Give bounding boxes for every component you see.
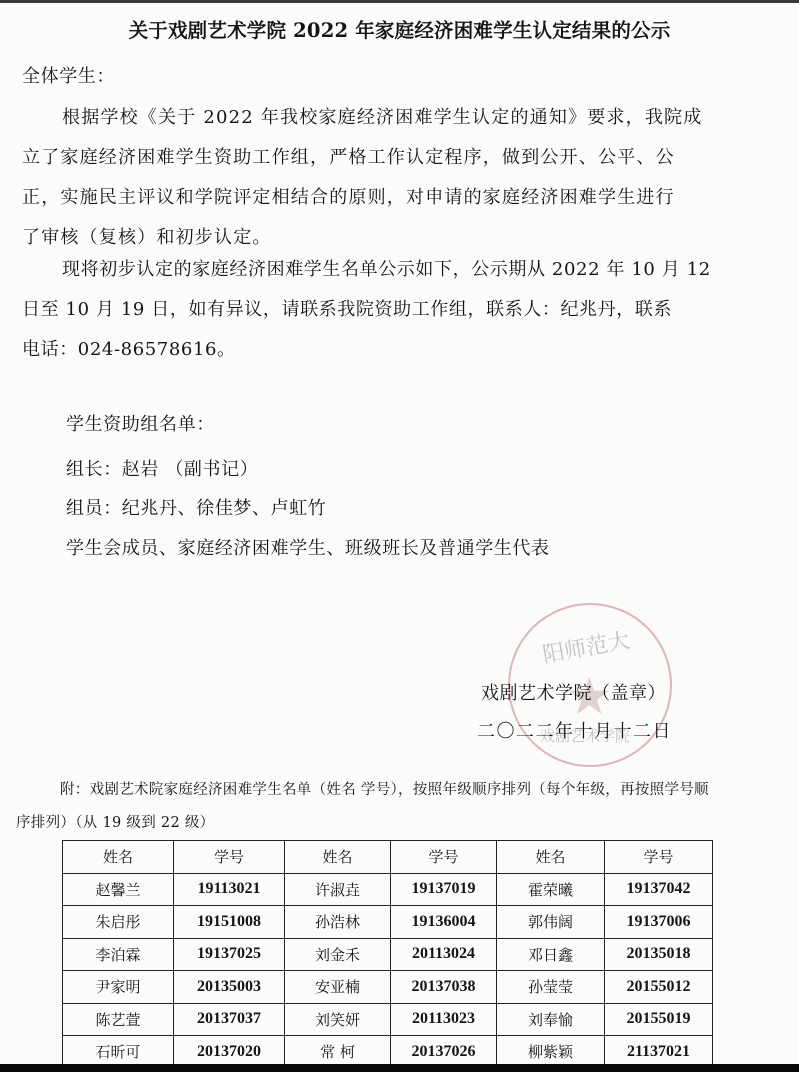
student-id: 20155019 xyxy=(605,1003,713,1036)
student-id: 19137006 xyxy=(605,906,713,939)
column-header-name: 姓名 xyxy=(285,841,391,874)
student-name: 霍荣曦 xyxy=(497,873,605,906)
student-id: 20137038 xyxy=(391,971,497,1004)
student-name: 郭伟阔 xyxy=(497,906,605,939)
student-name: 朱启彤 xyxy=(63,906,174,939)
column-header-id: 学号 xyxy=(605,841,713,874)
appendix-note-line: 序排列）（从 19 级到 22 级） xyxy=(16,807,786,840)
group-others: 学生会成员、家庭经济困难学生、班级班长及普通学生代表 xyxy=(66,534,550,560)
student-name: 尹家明 xyxy=(63,971,174,1004)
salutation: 全体学生： xyxy=(22,62,115,88)
table-row: 尹家明 20135003 安亚楠 20137038 孙莹莹 20155012 xyxy=(63,971,713,1004)
student-id: 20113023 xyxy=(391,1003,497,1036)
paragraph-1: 根据学校《关于 2022 年我校家庭经济困难学生认定的通知》要求，我院成 立了家… xyxy=(22,98,782,258)
paragraph-1-line: 立了家庭经济困难学生资助工作组，严格工作认定程序，做到公开、公平、公 xyxy=(22,138,782,178)
student-name: 赵馨兰 xyxy=(63,873,174,906)
column-header-id: 学号 xyxy=(174,841,285,874)
student-id: 19137019 xyxy=(391,873,497,906)
paragraph-2-line: 电话：024-86578616。 xyxy=(22,330,782,370)
paragraph-2-line: 日至 10 月 19 日，如有异议，请联系我院资助工作组，联系人：纪兆丹，联系 xyxy=(22,290,782,330)
table-row: 李泊霖 19137025 刘金禾 20113024 邓日鑫 20135018 xyxy=(63,938,713,971)
student-id: 19137025 xyxy=(174,938,285,971)
student-id: 20113024 xyxy=(391,938,497,971)
student-id: 20135003 xyxy=(174,971,285,1004)
student-id: 20135018 xyxy=(605,938,713,971)
student-name: 孙莹莹 xyxy=(497,971,605,1004)
table-row: 陈艺萱 20137037 刘笑妍 20113023 刘奉愉 20155019 xyxy=(63,1003,713,1036)
student-name: 安亚楠 xyxy=(285,971,391,1004)
paragraph-2: 现将初步认定的家庭经济困难学生名单公示如下，公示期从 2022 年 10 月 1… xyxy=(22,250,782,370)
document-title: 关于戏剧艺术学院 2022 年家庭经济困难学生认定结果的公示 xyxy=(0,15,799,43)
group-members: 组员：纪兆丹、徐佳梦、卢虹竹 xyxy=(66,494,326,520)
student-id: 19136004 xyxy=(391,906,497,939)
paragraph-1-line: 根据学校《关于 2022 年我校家庭经济困难学生认定的通知》要求，我院成 xyxy=(22,98,782,138)
paragraph-1-line: 正，实施民主评议和学院评定相结合的原则，对申请的家庭经济困难学生进行 xyxy=(22,178,782,218)
group-heading: 学生资助组名单： xyxy=(66,410,215,436)
table-row: 赵馨兰 19113021 许淑垚 19137019 霍荣曦 19137042 xyxy=(63,873,713,906)
student-name: 邓日鑫 xyxy=(497,938,605,971)
scan-top-edge xyxy=(0,0,799,3)
table-header-row: 姓名 学号 姓名 学号 姓名 学号 xyxy=(63,841,713,874)
student-id: 20137037 xyxy=(174,1003,285,1036)
student-name: 李泊霖 xyxy=(63,938,174,971)
group-leader: 组长：赵岩 （副书记） xyxy=(66,455,258,481)
seal-arc-text: 阳师范大 xyxy=(540,624,632,670)
student-id: 19137042 xyxy=(605,873,713,906)
paragraph-2-line: 现将初步认定的家庭经济困难学生名单公示如下，公示期从 2022 年 10 月 1… xyxy=(22,250,782,290)
signature-org: 戏剧艺术学院（盖章） xyxy=(481,679,666,705)
student-list-table: 姓名 学号 姓名 学号 姓名 学号 赵馨兰 19113021 许淑垚 19137… xyxy=(62,840,713,1069)
table-row: 朱启彤 19151008 孙浩林 19136004 郭伟阔 19137006 xyxy=(63,906,713,939)
column-header-name: 姓名 xyxy=(497,841,605,874)
student-name: 刘奉愉 xyxy=(497,1003,605,1036)
appendix-note-line: 附：戏剧艺术院家庭经济困难学生名单（姓名 学号），按照年级顺序排列（每个年级，再… xyxy=(16,774,786,807)
signature-date: 二〇二二年十月十二日 xyxy=(477,717,672,743)
student-id: 20155012 xyxy=(605,971,713,1004)
appendix-note: 附：戏剧艺术院家庭经济困难学生名单（姓名 学号），按照年级顺序排列（每个年级，再… xyxy=(16,774,786,840)
student-name: 刘金禾 xyxy=(285,938,391,971)
student-name: 孙浩林 xyxy=(285,906,391,939)
scan-bottom-edge xyxy=(0,1064,799,1072)
student-id: 19151008 xyxy=(174,906,285,939)
student-name: 陈艺萱 xyxy=(63,1003,174,1036)
column-header-id: 学号 xyxy=(391,841,497,874)
student-name: 许淑垚 xyxy=(285,873,391,906)
column-header-name: 姓名 xyxy=(63,841,174,874)
student-name: 刘笑妍 xyxy=(285,1003,391,1036)
student-id: 19113021 xyxy=(174,873,285,906)
